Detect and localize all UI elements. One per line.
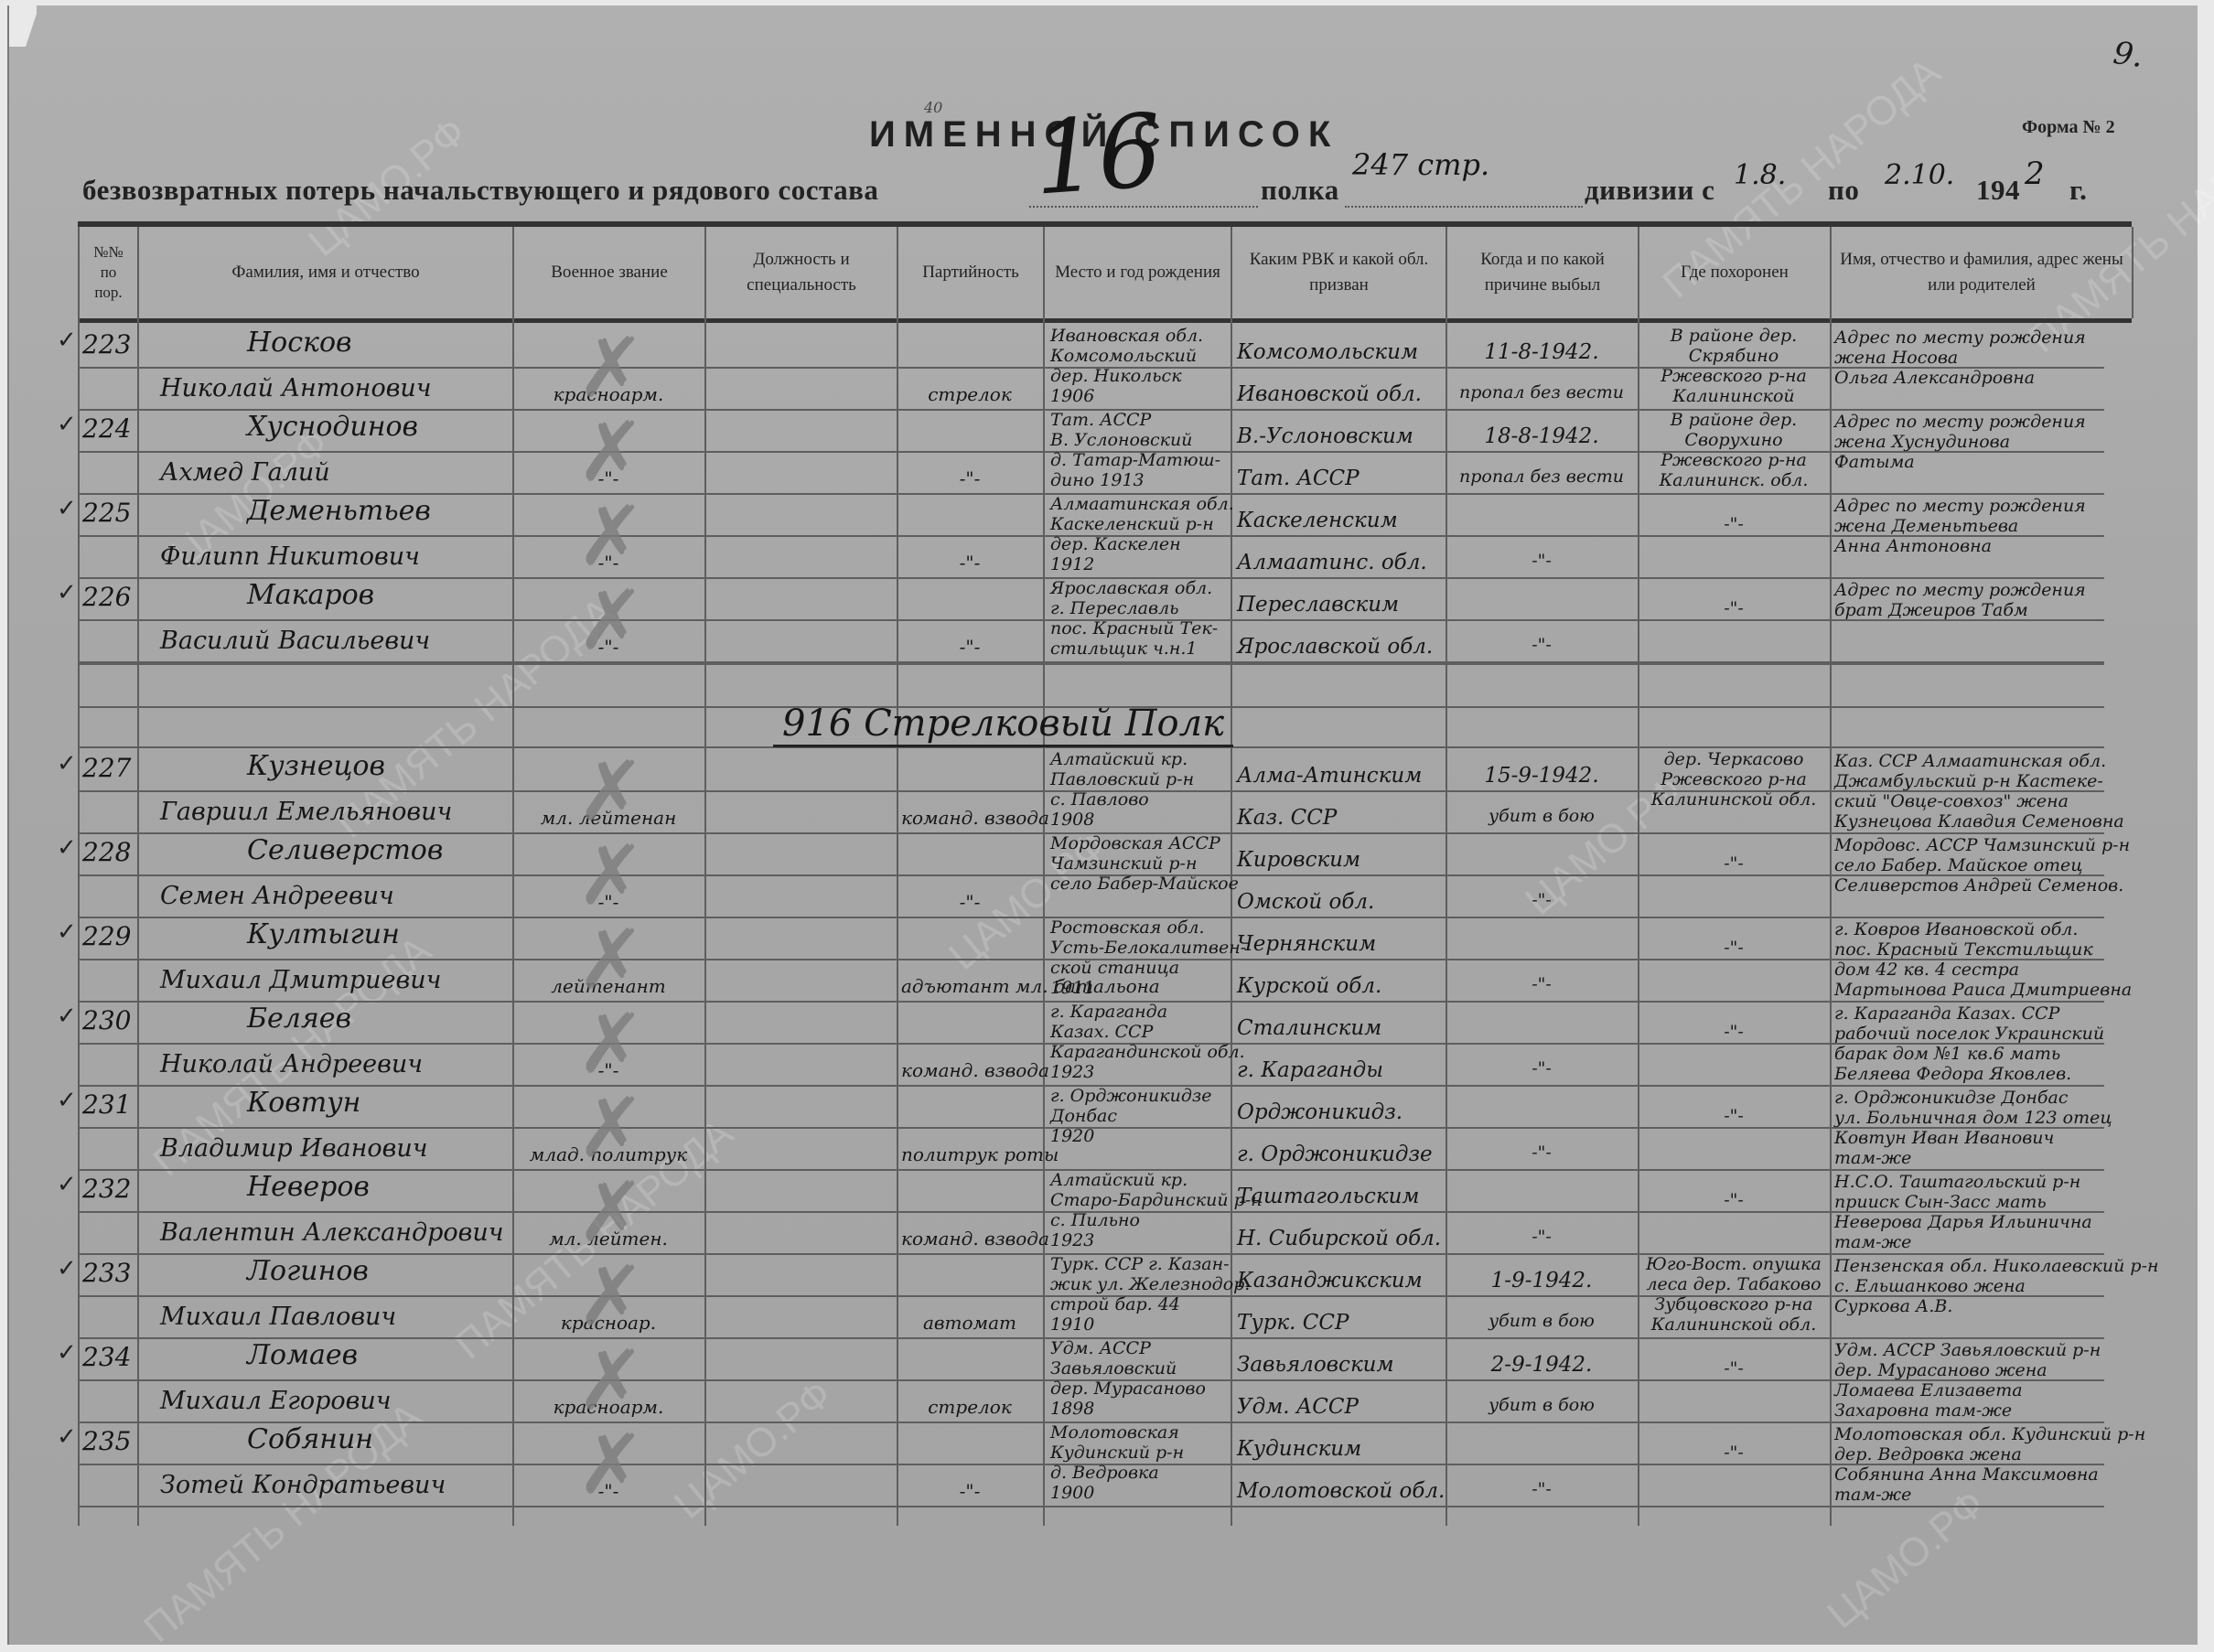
check-mark-icon: ✓ bbox=[57, 327, 77, 354]
conscription-office-line: Орджоникидз. bbox=[1237, 1101, 1403, 1123]
relatives-line: брат Джеиров Табм bbox=[1834, 601, 2028, 620]
birth-place-line: г. Переславль bbox=[1050, 599, 1178, 618]
pencil-x-mark-icon: ✗ bbox=[576, 996, 645, 1092]
row-rule bbox=[78, 663, 2104, 665]
birth-place-line: Казах. ССР bbox=[1050, 1023, 1153, 1042]
burial-place-line: Калининской обл. bbox=[1642, 1315, 1825, 1335]
check-mark-icon: ✓ bbox=[57, 495, 77, 522]
position: автомат bbox=[901, 1312, 1038, 1334]
page-number: 9. bbox=[2111, 35, 2145, 75]
burial-place-line: Скрябино bbox=[1642, 347, 1825, 366]
subtitle-year: 194 bbox=[1976, 174, 2020, 207]
header-col-rvk: Каким РВК и какой обл. призван bbox=[1231, 227, 1446, 318]
subtitle-po: по bbox=[1828, 174, 1859, 207]
surname: Деменьтьев bbox=[247, 500, 431, 522]
conscription-office-line: г. Караганды bbox=[1237, 1059, 1383, 1081]
given-name-patronymic: Семен Андреевич bbox=[160, 885, 394, 907]
birth-place-line: 1912 bbox=[1050, 555, 1094, 574]
burial-place-line: Калининск. обл. bbox=[1642, 471, 1825, 490]
header-col-number: №№ по пор. bbox=[78, 227, 137, 318]
column-divider bbox=[1830, 227, 1832, 1526]
position: политрук роты bbox=[901, 1143, 1038, 1165]
departure-line: 15-9-1942. bbox=[1450, 765, 1633, 787]
birth-place-line: Кудинский р-н bbox=[1050, 1443, 1184, 1463]
birth-place-line: Донбас bbox=[1050, 1107, 1117, 1126]
date-to: 2.10. bbox=[1885, 165, 1954, 187]
birth-place-line: д. Татар-Матюш- bbox=[1050, 451, 1220, 470]
conscription-office-line: Таштагольским bbox=[1237, 1185, 1420, 1207]
column-divider bbox=[137, 227, 139, 1526]
burial-place-line: Сворухино bbox=[1642, 431, 1825, 450]
conscription-office-line: Курской обл. bbox=[1237, 975, 1381, 997]
division-fill bbox=[1345, 178, 1583, 208]
conscription-office-line: Переславским bbox=[1237, 594, 1399, 616]
column-divider bbox=[512, 227, 514, 1526]
burial-place-line: Калининской bbox=[1642, 387, 1825, 406]
relatives-line: барак дом №1 кв.6 мать bbox=[1834, 1045, 2060, 1064]
surname: Хуснодинов bbox=[247, 416, 418, 438]
relatives-line: Адрес по месту рождения bbox=[1834, 328, 2086, 348]
burial-place-line: -"- bbox=[1642, 854, 1825, 874]
conscription-office-line: Тат. АССР bbox=[1237, 467, 1360, 489]
relatives-line: ский "Овце-совхоз" жена bbox=[1834, 792, 2069, 811]
burial-place-line: -"- bbox=[1642, 1443, 1825, 1463]
birth-place-line: Старо-Бардинский р-н bbox=[1050, 1191, 1263, 1210]
departure-line: -"- bbox=[1450, 552, 1633, 571]
relatives-line: Фатыма bbox=[1834, 453, 1915, 472]
birth-place-line: г. Орджоникидзе bbox=[1050, 1087, 1211, 1106]
row-number: 229 bbox=[82, 926, 131, 948]
burial-place-line: -"- bbox=[1642, 515, 1825, 534]
relatives-line: дер. Мурасаново жена bbox=[1834, 1361, 2047, 1380]
birth-place-line: с. Пильно bbox=[1050, 1211, 1140, 1230]
relatives-line: Ольга Александровна bbox=[1834, 369, 2035, 388]
position: -"- bbox=[901, 552, 1038, 574]
check-mark-icon: ✓ bbox=[57, 1003, 77, 1030]
pencil-x-mark-icon: ✗ bbox=[576, 404, 645, 500]
relatives-line: Ковтун Иван Иванович bbox=[1834, 1129, 2054, 1148]
burial-place-line: -"- bbox=[1642, 939, 1825, 958]
birth-place-line: д. Ведровка bbox=[1050, 1464, 1159, 1483]
subtitle-prefix: безвозвратных потерь начальствующего и р… bbox=[82, 174, 878, 207]
conscription-office-line: Ярославской обл. bbox=[1237, 636, 1433, 658]
surname: Кузнецов bbox=[247, 756, 385, 778]
surname: Беляев bbox=[247, 1008, 351, 1030]
birth-place-line: 1920 bbox=[1050, 1127, 1094, 1146]
position: стрелок bbox=[901, 383, 1038, 405]
burial-place-line: -"- bbox=[1642, 1191, 1825, 1210]
birth-place-line: Ярославская обл. bbox=[1050, 579, 1212, 598]
relatives-line: г. Орджоникидзе Донбас bbox=[1834, 1089, 2069, 1108]
conscription-office-line: Турк. ССР bbox=[1237, 1312, 1349, 1334]
pencil-x-mark-icon: ✗ bbox=[576, 828, 645, 924]
birth-place-line: Удм. АССР bbox=[1050, 1339, 1151, 1358]
relatives-line: Беляева Федора Яковлев. bbox=[1834, 1065, 2071, 1084]
burial-place-line: -"- bbox=[1642, 1107, 1825, 1126]
birth-place-line: ской станица bbox=[1050, 959, 1179, 978]
check-mark-icon: ✓ bbox=[57, 1171, 77, 1198]
column-divider bbox=[2132, 227, 2133, 318]
position: -"- bbox=[901, 1480, 1038, 1502]
pencil-x-mark-icon: ✗ bbox=[576, 320, 645, 416]
given-name-patronymic: Валентин Александрович bbox=[160, 1222, 504, 1244]
conscription-office-line: Алма-Атинским bbox=[1237, 765, 1422, 787]
birth-place-line: пос. Красный Тек- bbox=[1050, 619, 1218, 638]
relatives-line: ул. Больничная дом 123 отец bbox=[1834, 1109, 2112, 1128]
birth-place-line: жик ул. Железнодор. bbox=[1050, 1275, 1250, 1294]
position: стрелок bbox=[901, 1396, 1038, 1418]
relatives-line: с. Ельшанково жена bbox=[1834, 1277, 2026, 1296]
relatives-line: Н.С.О. Таштагольский р-н bbox=[1834, 1173, 2080, 1192]
relatives-line: там-же bbox=[1834, 1149, 1911, 1168]
column-divider bbox=[1446, 227, 1447, 1526]
header-col-party: Партийность bbox=[897, 227, 1043, 318]
birth-place-line: Алтайский кр. bbox=[1050, 1171, 1188, 1190]
relatives-line: Ломаева Елизавета bbox=[1834, 1381, 2023, 1400]
header-col-buried: Где похоронен bbox=[1638, 227, 1830, 318]
birth-place-line: Мордовская АССР bbox=[1050, 834, 1220, 853]
row-number: 228 bbox=[82, 842, 131, 864]
birth-place-line: Каскеленский р-н bbox=[1050, 515, 1214, 534]
relatives-line: Джамбульский р-н Кастеке- bbox=[1834, 772, 2103, 791]
column-divider bbox=[1043, 227, 1045, 1526]
paper-tear bbox=[9, 5, 37, 47]
conscription-office-line: Сталинским bbox=[1237, 1017, 1381, 1039]
burial-place-line: В районе дер. bbox=[1642, 327, 1825, 346]
pencil-x-mark-icon: ✗ bbox=[576, 1164, 645, 1260]
subtitle-g: г. bbox=[2069, 174, 2087, 207]
birth-place-line: с. Павлово bbox=[1050, 790, 1149, 810]
check-mark-icon: ✓ bbox=[57, 1255, 77, 1282]
birth-place-line: Алмаатинская обл. bbox=[1050, 495, 1234, 514]
conscription-office-line: Удм. АССР bbox=[1237, 1396, 1359, 1418]
birth-place-line: Чамзинский р-н bbox=[1050, 854, 1197, 874]
birth-place-line: Усть-Белокалитвен- bbox=[1050, 939, 1246, 958]
relatives-line: Пензенская обл. Николаевский р-н bbox=[1834, 1257, 2159, 1276]
birth-place-line: г. Караганда bbox=[1050, 1003, 1167, 1022]
relatives-line: Мордовс. АССР Чамзинский р-н bbox=[1834, 836, 2130, 855]
conscription-office-line: Алмаатинс. обл. bbox=[1237, 552, 1427, 574]
birth-place-line: 1908 bbox=[1050, 810, 1094, 830]
check-mark-icon: ✓ bbox=[57, 1087, 77, 1114]
subtitle-polka: полка bbox=[1261, 174, 1339, 207]
header-col-position: Должность и специальность bbox=[704, 227, 897, 318]
birth-place-line: Алтайский кр. bbox=[1050, 750, 1188, 769]
relatives-line: село Бабер. Майское отец bbox=[1834, 856, 2083, 875]
relatives-line: Собянина Анна Максимовна bbox=[1834, 1465, 2099, 1485]
departure-line: -"- bbox=[1450, 1228, 1633, 1247]
surname: Макаров bbox=[247, 585, 374, 606]
relatives-line: жена Носова bbox=[1834, 349, 1958, 368]
column-divider bbox=[78, 227, 80, 1526]
relatives-line: Адрес по месту рождения bbox=[1834, 581, 2086, 600]
relatives-line: Молотовская обл. Кудинский р-н bbox=[1834, 1425, 2145, 1444]
header-col-rank: Военное звание bbox=[512, 227, 704, 318]
header-col-when: Когда и по какой причине выбыл bbox=[1446, 227, 1638, 318]
form-label: Форма № 2 bbox=[2022, 117, 2115, 138]
conscription-office-line: Комсомольским bbox=[1237, 341, 1418, 363]
departure-line: пропал без вести bbox=[1450, 383, 1633, 402]
relatives-line: Адрес по месту рождения bbox=[1834, 413, 2086, 432]
birth-place-line: Ивановская обл. bbox=[1050, 327, 1203, 346]
birth-place-line: 1911 bbox=[1050, 979, 1094, 998]
departure-line: убит в бою bbox=[1450, 1396, 1633, 1415]
check-mark-icon: ✓ bbox=[57, 411, 77, 438]
departure-line: 1-9-1942. bbox=[1450, 1270, 1633, 1292]
check-mark-icon: ✓ bbox=[57, 1339, 77, 1367]
birth-place-line: В. Услоновский bbox=[1050, 431, 1192, 450]
surname: Ковтун bbox=[247, 1092, 360, 1114]
column-divider bbox=[1638, 227, 1639, 1526]
burial-place-line: -"- bbox=[1642, 1359, 1825, 1378]
given-name-patronymic: Василий Васильевич bbox=[160, 630, 430, 652]
position: команд. взвода bbox=[901, 1228, 1038, 1250]
position: команд. взвода bbox=[901, 807, 1038, 829]
division-number: 247 стр. bbox=[1352, 154, 1489, 176]
departure-line: -"- bbox=[1450, 975, 1633, 994]
birth-place-line: 1923 bbox=[1050, 1231, 1094, 1250]
burial-place-line: Юго-Вост. опушка bbox=[1642, 1255, 1825, 1274]
birth-place-line: Турк. ССР г. Казан- bbox=[1050, 1255, 1230, 1274]
birth-place-line: строй бар. 44 bbox=[1050, 1295, 1180, 1314]
blank-fill-1 bbox=[1029, 178, 1258, 208]
relatives-line: Неверова Дарья Ильинична bbox=[1834, 1213, 2092, 1232]
given-name-patronymic: Михаил Егорович bbox=[160, 1390, 392, 1412]
burial-place-line: леса дер. Табаково bbox=[1642, 1275, 1825, 1294]
birth-place-line: 1900 bbox=[1050, 1484, 1094, 1503]
burial-place-line: -"- bbox=[1642, 599, 1825, 618]
burial-place-line: В районе дер. bbox=[1642, 411, 1825, 430]
given-name-patronymic: Михаил Павлович bbox=[160, 1306, 396, 1328]
row-number: 225 bbox=[82, 502, 131, 524]
relatives-line: Кузнецова Клавдия Семеновна bbox=[1834, 812, 2124, 831]
relatives-line: прииск Сын-Засс мать bbox=[1834, 1193, 2047, 1212]
row-number: 223 bbox=[82, 334, 131, 356]
departure-line: 11-8-1942. bbox=[1450, 341, 1633, 363]
departure-line: убит в бою bbox=[1450, 1312, 1633, 1331]
pencil-x-mark-icon: ✗ bbox=[576, 1417, 645, 1513]
burial-place-line: Ржевского р-на bbox=[1642, 770, 1825, 789]
given-name-patronymic: Михаил Дмитриевич bbox=[160, 970, 441, 992]
header-col-name: Фамилия, имя и отчество bbox=[137, 227, 512, 318]
pencil-x-mark-icon: ✗ bbox=[576, 744, 645, 840]
departure-line: 18-8-1942. bbox=[1450, 425, 1633, 447]
birth-place-line: Тат. АССР bbox=[1050, 411, 1151, 430]
departure-line: -"- bbox=[1450, 1059, 1633, 1078]
birth-place-line: Павловский р-н bbox=[1050, 770, 1194, 789]
departure-line: -"- bbox=[1450, 891, 1633, 910]
conscription-office-line: Ивановской обл. bbox=[1237, 383, 1422, 405]
position: -"- bbox=[901, 467, 1038, 489]
relatives-line: дом 42 кв. 4 сестра bbox=[1834, 960, 2019, 980]
check-mark-icon: ✓ bbox=[57, 1423, 77, 1451]
pencil-x-mark-icon: ✗ bbox=[576, 1333, 645, 1429]
burial-place-line: Ржевского р-на bbox=[1642, 367, 1825, 386]
position: команд. взвода bbox=[901, 1059, 1038, 1081]
conscription-office-line: Молотовской обл. bbox=[1237, 1480, 1445, 1502]
header-bottom-rule bbox=[78, 318, 2132, 323]
conscription-office-line: Кудинским bbox=[1237, 1438, 1361, 1460]
surname: Неверов bbox=[247, 1176, 370, 1198]
given-name-patronymic: Владимир Иванович bbox=[160, 1138, 428, 1160]
header-col-birth: Место и год рождения bbox=[1043, 227, 1231, 318]
row-number: 224 bbox=[82, 418, 131, 440]
birth-place-line: село Бабер-Майское bbox=[1050, 874, 1239, 894]
conscription-office-line: Каз. ССР bbox=[1237, 807, 1337, 829]
birth-place-line: 1898 bbox=[1050, 1400, 1094, 1419]
surname: Носков bbox=[247, 332, 351, 354]
relatives-line: Адрес по месту рождения bbox=[1834, 497, 2086, 516]
relatives-line: г. Ковров Ивановской обл. bbox=[1834, 920, 2078, 939]
given-name-patronymic: Филипп Никитович bbox=[160, 546, 420, 568]
departure-line: 2-9-1942. bbox=[1450, 1354, 1633, 1376]
burial-place-line: Калининской обл. bbox=[1642, 790, 1825, 810]
birth-place-line: 1906 bbox=[1050, 387, 1094, 406]
position: адъютант мл. батальона bbox=[901, 975, 1038, 997]
position: -"- bbox=[901, 891, 1038, 913]
relatives-line: г. Караганда Казах. ССР bbox=[1834, 1004, 2059, 1024]
birth-place-line: Молотовская bbox=[1050, 1423, 1179, 1443]
conscription-office-line: В.-Услоновским bbox=[1237, 425, 1413, 447]
birth-place-line: дер. Каскелен bbox=[1050, 535, 1181, 554]
relatives-line: дер. Ведровка жена bbox=[1834, 1445, 2022, 1464]
birth-place-line: 1910 bbox=[1050, 1315, 1094, 1335]
conscription-office-line: Завьяловским bbox=[1237, 1354, 1394, 1376]
row-number: 235 bbox=[82, 1431, 131, 1453]
relatives-line: Анна Антоновна bbox=[1834, 537, 1992, 556]
relatives-line: там-же bbox=[1834, 1486, 1911, 1505]
section-heading: 916 Стрелковый Полк bbox=[773, 703, 1233, 747]
pencil-x-mark-icon: ✗ bbox=[576, 573, 645, 669]
row-number: 230 bbox=[82, 1010, 131, 1032]
relatives-line: Захаровна там-же bbox=[1834, 1401, 2012, 1421]
conscription-office-line: Н. Сибирской обл. bbox=[1237, 1228, 1441, 1250]
birth-place-line: дер. Никольск bbox=[1050, 367, 1182, 386]
surname: Собянин bbox=[247, 1429, 373, 1451]
burial-place-line: Зубцовского р-на bbox=[1642, 1295, 1825, 1314]
subtitle-divizii: дивизии с bbox=[1585, 174, 1714, 207]
surname: Ломаев bbox=[247, 1345, 358, 1367]
surname: Селиверстов bbox=[247, 840, 443, 862]
departure-line: убит в бою bbox=[1450, 807, 1633, 826]
year-digit: 2 bbox=[2025, 163, 2045, 185]
row-number: 234 bbox=[82, 1346, 131, 1368]
relatives-line: Суркова А.В. bbox=[1834, 1297, 1952, 1316]
conscription-office-line: г. Орджоникидзе bbox=[1237, 1143, 1433, 1165]
check-mark-icon: ✓ bbox=[57, 750, 77, 778]
burial-place-line: -"- bbox=[1642, 1023, 1825, 1042]
row-rule bbox=[78, 1506, 2104, 1507]
column-divider bbox=[897, 227, 898, 1526]
check-mark-icon: ✓ bbox=[57, 918, 77, 946]
departure-line: -"- bbox=[1450, 1480, 1633, 1499]
conscription-office-line: Чернянским bbox=[1237, 933, 1376, 955]
pencil-x-mark-icon: ✗ bbox=[576, 488, 645, 585]
birth-place-line: дер. Мурасаново bbox=[1050, 1379, 1206, 1399]
departure-line: -"- bbox=[1450, 1143, 1633, 1163]
conscription-office-line: Кировским bbox=[1237, 849, 1360, 871]
row-number: 233 bbox=[82, 1262, 131, 1284]
birth-place-line: дино 1913 bbox=[1050, 471, 1145, 490]
birth-place-line: Завьяловский bbox=[1050, 1359, 1177, 1378]
row-number: 227 bbox=[82, 757, 131, 779]
given-name-patronymic: Ахмед Галий bbox=[160, 462, 330, 484]
conscription-office-line: Казанджикским bbox=[1237, 1270, 1423, 1292]
relatives-line: Селиверстов Андрей Семенов. bbox=[1834, 876, 2123, 896]
birth-place-line: 1923 bbox=[1050, 1063, 1094, 1082]
given-name-patronymic: Николай Андреевич bbox=[160, 1054, 423, 1076]
header-col-relatives: Имя, отчество и фамилия, адрес жены или … bbox=[1830, 227, 2132, 318]
relatives-line: жена Деменьтьева bbox=[1834, 517, 2018, 536]
relatives-line: пос. Красный Текстильщик bbox=[1834, 940, 2093, 960]
column-divider bbox=[704, 227, 706, 1526]
date-from: 1.8. bbox=[1734, 165, 1786, 187]
conscription-office-line: Омской обл. bbox=[1237, 891, 1374, 913]
surname: Логинов bbox=[247, 1260, 369, 1282]
pencil-x-mark-icon: ✗ bbox=[576, 912, 645, 1008]
row-number: 226 bbox=[82, 586, 131, 608]
surname: Култыгин bbox=[247, 924, 400, 946]
check-mark-icon: ✓ bbox=[57, 579, 77, 606]
relatives-line: рабочий поселок Украинский bbox=[1834, 1024, 2104, 1044]
check-mark-icon: ✓ bbox=[57, 834, 77, 862]
departure-line: -"- bbox=[1450, 636, 1633, 655]
row-number: 231 bbox=[82, 1094, 131, 1116]
birth-place-line: Ростовская обл. bbox=[1050, 918, 1205, 938]
departure-line: пропал без вести bbox=[1450, 467, 1633, 487]
row-number: 232 bbox=[82, 1178, 131, 1200]
relatives-line: Каз. ССР Алмаатинская обл. bbox=[1834, 752, 2106, 771]
birth-place-line: стильщик ч.н.1 bbox=[1050, 639, 1197, 659]
relatives-line: Мартынова Раиса Дмитриевна bbox=[1834, 981, 2132, 1000]
relatives-line: там-же bbox=[1834, 1233, 1911, 1252]
burial-place-line: Ржевского р-на bbox=[1642, 451, 1825, 470]
birth-place-line: Комсомольский bbox=[1050, 347, 1197, 366]
position: -"- bbox=[901, 636, 1038, 658]
relatives-line: Удм. АССР Завьяловский р-н bbox=[1834, 1341, 2101, 1360]
conscription-office-line: Каскеленским bbox=[1237, 510, 1398, 531]
relatives-line: жена Хуснудинова bbox=[1834, 433, 2010, 452]
given-name-patronymic: Николай Антонович bbox=[160, 378, 432, 400]
burial-place-line: дер. Черкасово bbox=[1642, 750, 1825, 769]
given-name-patronymic: Гавриил Емельянович bbox=[160, 801, 452, 823]
pencil-x-mark-icon: ✗ bbox=[576, 1080, 645, 1176]
pencil-x-mark-icon: ✗ bbox=[576, 1249, 645, 1345]
birth-place-line: Карагандинской обл. bbox=[1050, 1043, 1245, 1062]
given-name-patronymic: Зотей Кондратьевич bbox=[160, 1475, 446, 1496]
